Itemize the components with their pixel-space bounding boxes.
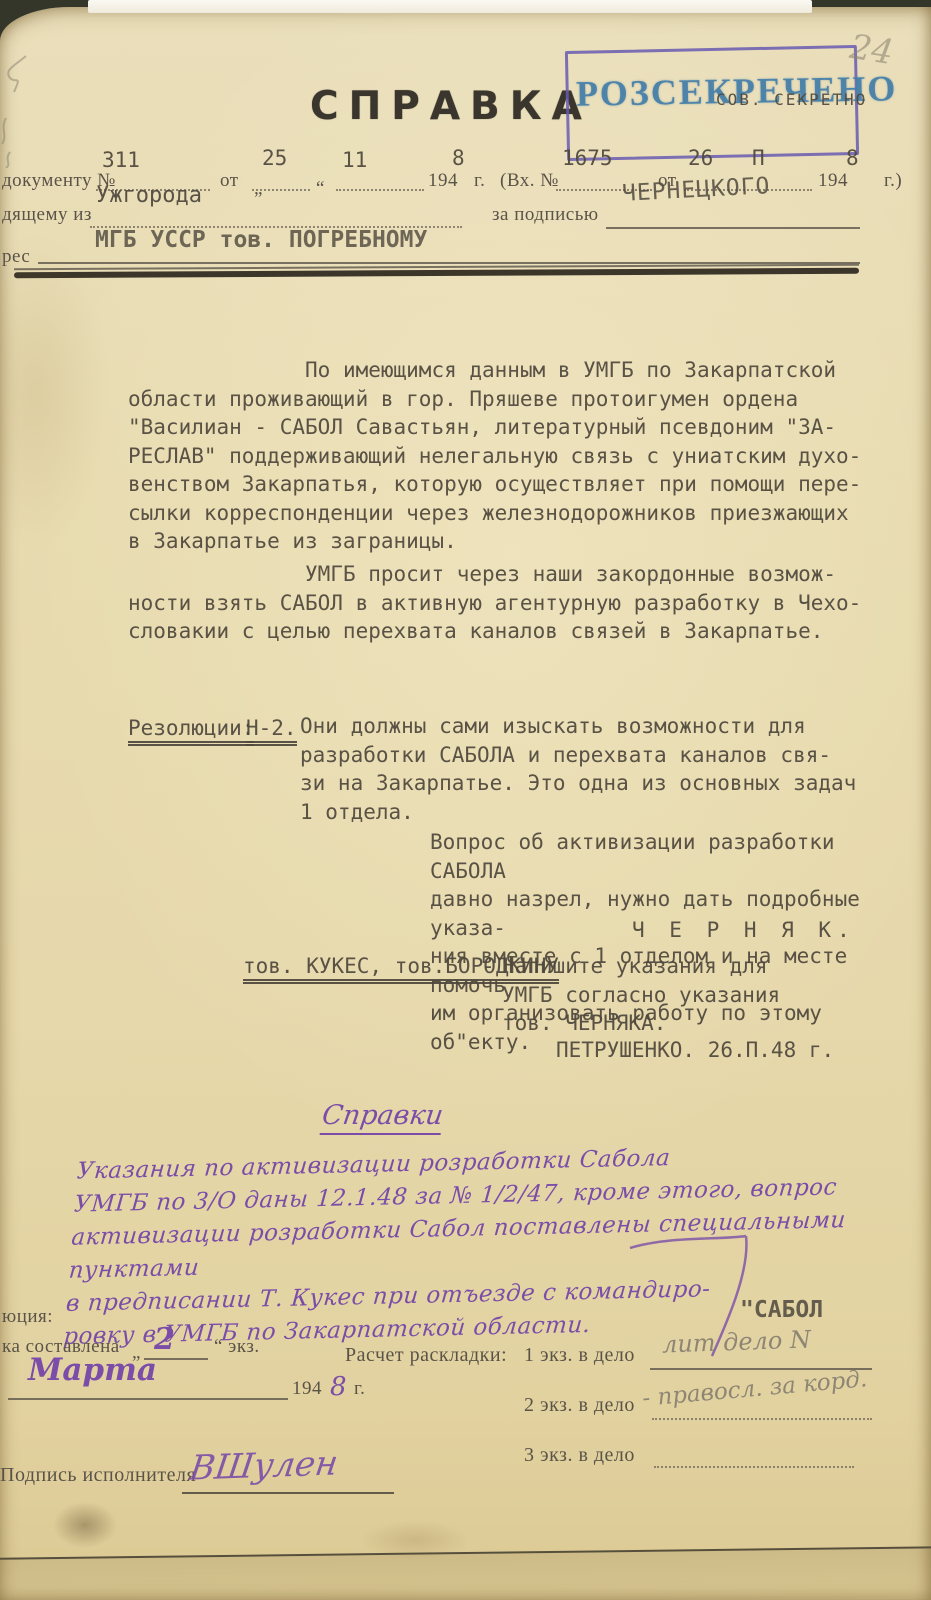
resolution-number-text: Н-2. [246,716,297,746]
form-quote-close: “ [316,178,325,200]
footer-line [652,1418,872,1420]
footer-copy1-value: лит дело N [662,1325,812,1358]
kukes-instruction: Напишите указания для УМГБ согласно указ… [502,952,832,1038]
paper-top-edge [88,0,812,13]
footer-layout-label: Расчет раскладки: [345,1344,507,1367]
form-from-label: дящему из [2,204,92,226]
form-year-print2: 194 [818,170,848,192]
document-page: СПРАВКА РОЗСЕКРЕЧЕНО СОВ. СЕКРЕТНО 24 до… [0,0,931,1600]
resolution-number: Н-2. [246,714,297,743]
footer-year-hand: 8 [330,1372,347,1402]
form-g2: г.) [884,170,902,192]
resolutions-label-text: Резолюции: [128,716,254,746]
footer-resolution-label: юция: [2,1306,53,1328]
form-line [336,189,424,191]
footer-month-value: Марта [28,1352,157,1388]
footer-signature-label: Подпись исполнителя [0,1464,196,1487]
footer-copies-suffix: “ экз. [214,1336,260,1358]
form-addressee: МГБ УССР тов. ПОГРЕБНОМУ [95,226,427,255]
footer-copy2-label: 2 экз. в дело [524,1394,635,1417]
form-month: 11 [342,146,367,175]
form-vh-number: 1675 [562,144,613,173]
handwritten-header: Справки [320,1100,446,1135]
body-paragraph-1: По имеющимся данным в УМГБ по Закарпатск… [128,356,910,556]
footer-year-g: г. [354,1378,365,1400]
form-vh-label: (Вх. № [500,170,559,192]
executor-signature: ВШулен [187,1443,340,1488]
form-line [606,227,860,229]
sabol-case-stamp: "САБОЛ [740,1296,823,1325]
form-g1: г. [474,170,485,192]
form-year-typed2: 8 [846,144,859,173]
form-vh-month: П [752,144,765,173]
form-ot1: от [220,170,239,192]
footer-year-print: 194 [292,1378,322,1400]
kukes-dash: - [482,952,495,981]
pencil-scribble [0,48,36,168]
footer-copy3-label: 3 экз. в дело [524,1444,635,1467]
form-vh-day: 26 [688,144,713,173]
resolution-1-text: Они должны сами изыскать возможности для… [300,712,900,826]
pencil-page-number: 24 [847,27,896,73]
petrushenko-signature: ПЕТРУШЕНКО. 26.П.48 г. [556,1036,834,1065]
footer-copy1-label: 1 экз. в дело [524,1344,635,1367]
form-signed-label: за подписью [492,204,599,226]
page-title: СПРАВКА [310,84,592,129]
form-year-typed1: 8 [452,144,465,173]
body-paragraph-2: УМГБ просит через наши закордонные возмо… [128,560,910,646]
secrecy-label: СОВ. СЕКРЕТНО [716,86,867,115]
footer-line [654,1466,854,1468]
footer-line [8,1398,288,1400]
signature-underline [182,1492,394,1494]
chernyak-signature: Ч Е Р Н Я К. [632,916,856,945]
form-addr-label: рес [2,246,30,268]
form-doc-number: 311 [102,146,140,175]
form-from-city: Ужгорода [96,182,202,211]
resolutions-label: Резолюции: [128,714,254,743]
footer-copies-value: 2 [154,1322,175,1357]
form-day: 25 [262,144,287,173]
form-year-print1: 194 [428,170,458,192]
form-line [252,189,310,191]
